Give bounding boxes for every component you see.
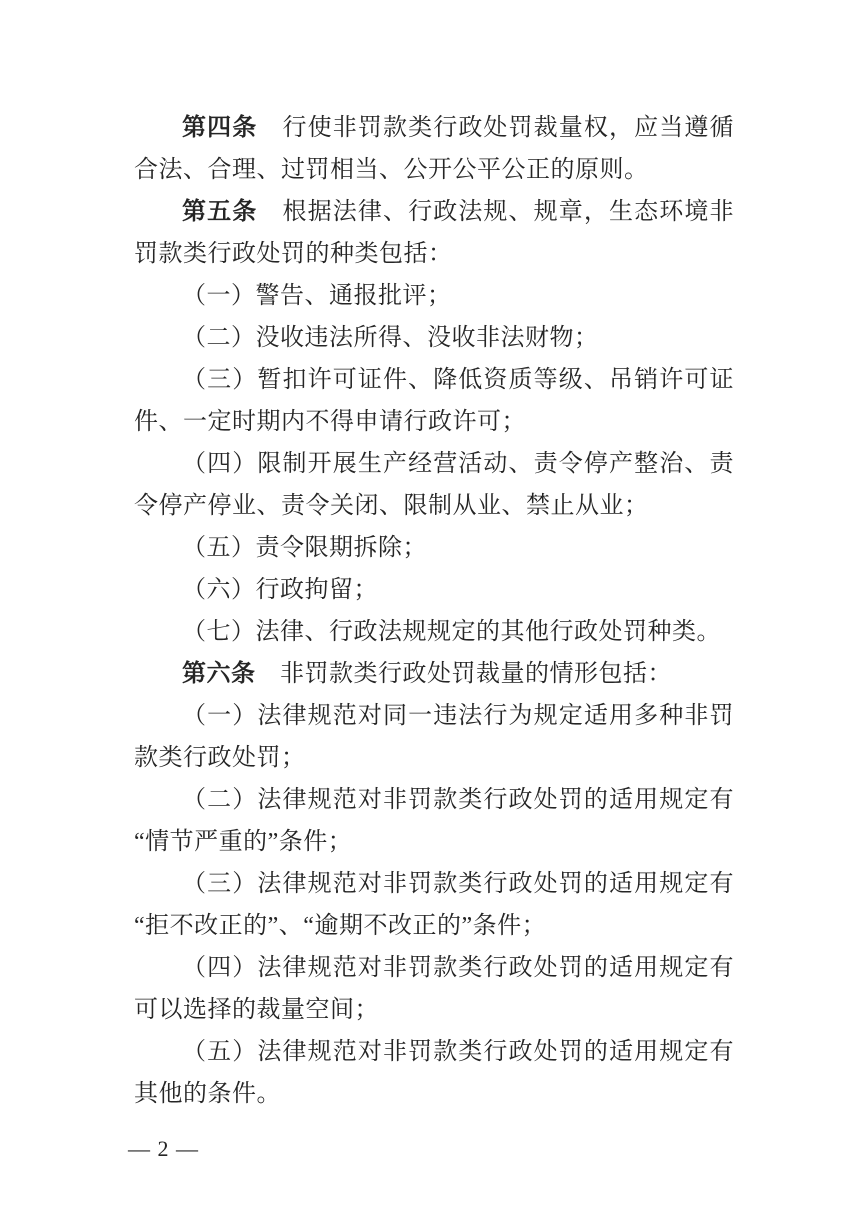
page-number: — 2 — (128, 1136, 199, 1162)
article-number: 第四条 (182, 114, 282, 141)
paragraph-text: （三）法律规范对非罚款类行政处罚的适用规定有“拒不改正的”、“逾期不改正的”条件… (134, 871, 734, 939)
paragraph-text: （五）责令限期拆除； (182, 535, 427, 561)
paragraph-text: （五）法律规范对非罚款类行政处罚的适用规定有其他的条件。 (134, 1039, 734, 1107)
paragraph-text: （一）法律规范对同一违法行为规定适用多种非罚款类行政处罚； (134, 703, 734, 771)
paragraph: （三）法律规范对非罚款类行政处罚的适用规定有“拒不改正的”、“逾期不改正的”条件… (134, 863, 734, 947)
paragraph-text: （七）法律、行政法规规定的其他行政处罚种类。 (182, 619, 721, 645)
paragraph: 第五条根据法律、行政法规、规章，生态环境非罚款类行政处罚的种类包括： (134, 191, 734, 275)
paragraph-text: （三）暂扣许可证件、降低资质等级、吊销许可证件、一定时期内不得申请行政许可； (134, 367, 734, 435)
paragraph: 第六条非罚款类行政处罚裁量的情形包括： (134, 653, 734, 695)
paragraph-text: （二）法律规范对非罚款类行政处罚的适用规定有“情节严重的”条件； (134, 787, 734, 855)
paragraph-text: （六）行政拘留； (182, 577, 378, 603)
paragraph: （五）法律规范对非罚款类行政处罚的适用规定有其他的条件。 (134, 1031, 734, 1115)
article-number: 第六条 (182, 660, 280, 687)
paragraph-text: （四）法律规范对非罚款类行政处罚的适用规定有可以选择的裁量空间； (134, 955, 734, 1023)
paragraph: （三）暂扣许可证件、降低资质等级、吊销许可证件、一定时期内不得申请行政许可； (134, 359, 734, 443)
paragraph-text: （一）警告、通报批评； (182, 283, 452, 309)
paragraph: （四）限制开展生产经营活动、责令停产整治、责令停产停业、责令关闭、限制从业、禁止… (134, 443, 734, 527)
paragraph: （二）法律规范对非罚款类行政处罚的适用规定有“情节严重的”条件； (134, 779, 734, 863)
paragraph: 第四条行使非罚款类行政处罚裁量权，应当遵循合法、合理、过罚相当、公开公平公正的原… (134, 107, 734, 191)
paragraph: （一）法律规范对同一违法行为规定适用多种非罚款类行政处罚； (134, 695, 734, 779)
paragraph: （四）法律规范对非罚款类行政处罚的适用规定有可以选择的裁量空间； (134, 947, 734, 1031)
article-number: 第五条 (182, 198, 282, 225)
paragraph: （二）没收违法所得、没收非法财物； (134, 317, 734, 359)
document-page: 第四条行使非罚款类行政处罚裁量权，应当遵循合法、合理、过罚相当、公开公平公正的原… (0, 0, 868, 1227)
paragraph: （六）行政拘留； (134, 569, 734, 611)
paragraph: （一）警告、通报批评； (134, 275, 734, 317)
document-body: 第四条行使非罚款类行政处罚裁量权，应当遵循合法、合理、过罚相当、公开公平公正的原… (134, 107, 734, 1115)
paragraph-text: （二）没收违法所得、没收非法财物； (182, 325, 599, 351)
paragraph-text: 非罚款类行政处罚裁量的情形包括： (280, 661, 672, 687)
paragraph: （五）责令限期拆除； (134, 527, 734, 569)
paragraph-text: （四）限制开展生产经营活动、责令停产整治、责令停产停业、责令关闭、限制从业、禁止… (134, 451, 734, 519)
paragraph: （七）法律、行政法规规定的其他行政处罚种类。 (134, 611, 734, 653)
